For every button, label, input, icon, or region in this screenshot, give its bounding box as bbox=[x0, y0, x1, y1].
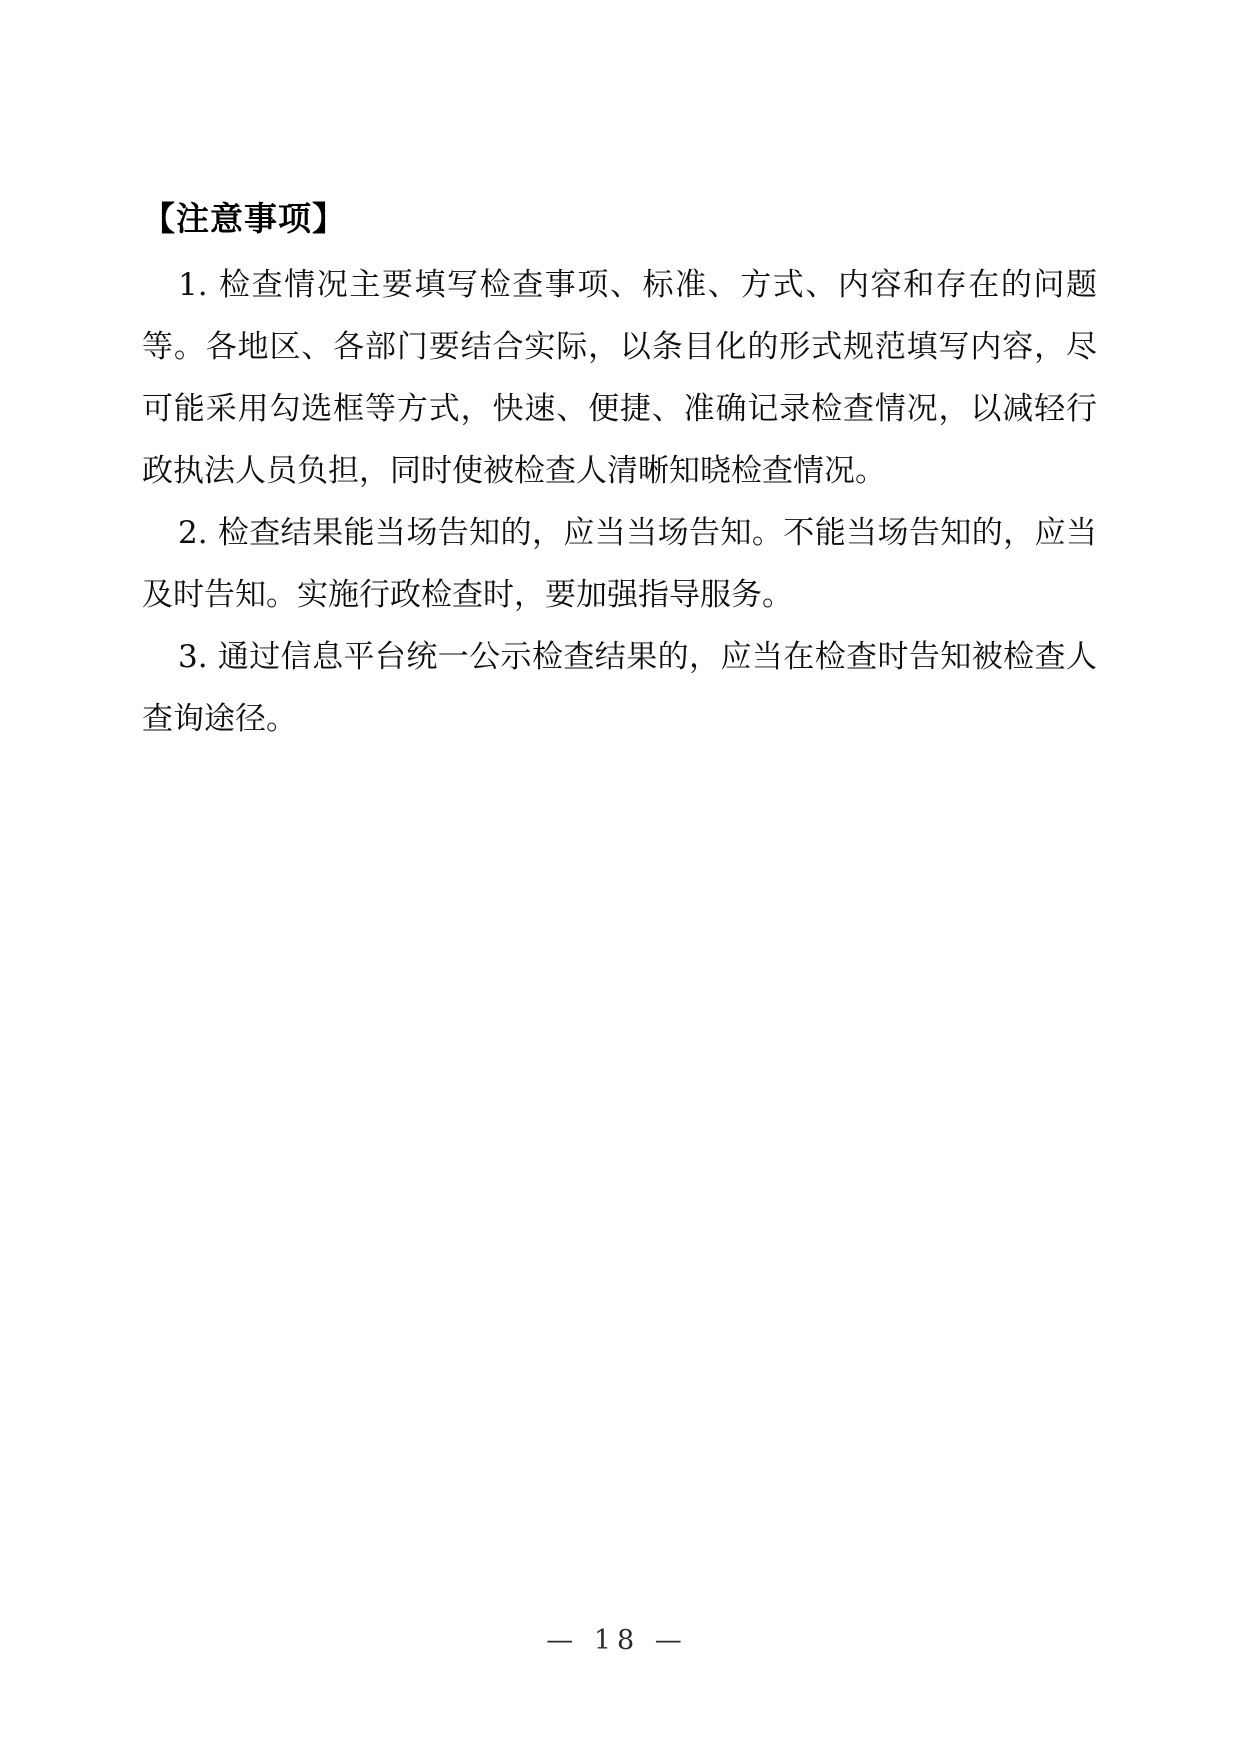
document-page: 【注意事项】 1. 检查情况主要填写检查事项、标准、方式、内容和存在的问题等。各… bbox=[0, 0, 1234, 1745]
page-content: 【注意事项】 1. 检查情况主要填写检查事项、标准、方式、内容和存在的问题等。各… bbox=[142, 188, 1097, 750]
section-heading: 【注意事项】 bbox=[142, 188, 1097, 250]
paragraph-notes-item-2: 2. 检查结果能当场告知的，应当当场告知。不能当场告知的，应当及时告知。实施行政… bbox=[142, 502, 1097, 626]
paragraph-notes-item-1: 1. 检查情况主要填写检查事项、标准、方式、内容和存在的问题等。各地区、各部门要… bbox=[142, 254, 1097, 502]
paragraph-notes-item-3: 3. 通过信息平台统一公示检查结果的，应当在检查时告知被检查人查询途径。 bbox=[142, 626, 1097, 750]
page-number: — 18 — bbox=[0, 1625, 1234, 1656]
